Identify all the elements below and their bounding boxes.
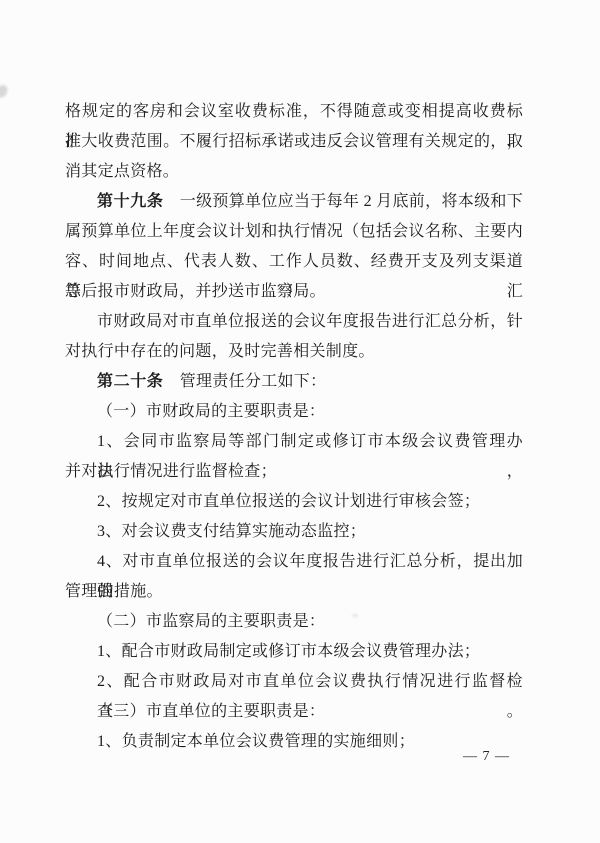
text-line: 1、会同市监察局等部门制定或修订市本级会议费管理办法， (65, 427, 523, 457)
text-line: 管理的措施。 (65, 577, 523, 607)
text-line: （一）市财政局的主要职责是： (65, 397, 523, 427)
article-number: 第十九条 (97, 193, 163, 210)
text-line: 3、对会议费支付结算实施动态监控； (65, 517, 523, 547)
article-number: 第二十条 (97, 373, 163, 390)
text-line: 2、按规定对市直单位报送的会议计划进行审核会签； (65, 487, 523, 517)
text-line: 4、对市直单位报送的会议年度报告进行汇总分析，提出加强 (65, 547, 523, 577)
document-body: 格规定的客房和会议室收费标准，不得随意或变相提高收费标准，扩大收费范围。不履行招… (65, 97, 523, 757)
text-line: 市财政局对市直单位报送的会议年度报告进行汇总分析，针 (65, 307, 523, 337)
text-line: 第十九条 一级预算单位应当于每年 2 月底前，将本级和下 (65, 187, 523, 217)
page-number: — 7 — (463, 749, 510, 765)
scan-smudge (0, 83, 10, 99)
text-line: 属预算单位上年度会议计划和执行情况（包括会议名称、主要内 (65, 217, 523, 247)
text-line: 第二十条 管理责任分工如下： (65, 367, 523, 397)
text-line: 1、负责制定本单位会议费管理的实施细则； (65, 727, 523, 757)
text-line: 1、配合市财政局制定或修订市本级会议费管理办法； (65, 637, 523, 667)
text-line: 扩大收费范围。不履行招标承诺或违反会议管理有关规定的，取 (65, 127, 523, 157)
text-line: 容、时间地点、代表人数、工作人员数、经费开支及列支渠道等）汇 (65, 247, 523, 277)
document-page: 格规定的客房和会议室收费标准，不得随意或变相提高收费标准，扩大收费范围。不履行招… (0, 0, 600, 843)
text-line: （二）市监察局的主要职责是： (65, 607, 523, 637)
text-line: 2、配合市财政局对市直单位会议费执行情况进行监督检查。 (65, 667, 523, 697)
text-line: 格规定的客房和会议室收费标准，不得随意或变相提高收费标准， (65, 97, 523, 127)
text-line: 消其定点资格。 (65, 157, 523, 187)
text-line: 对执行中存在的问题，及时完善相关制度。 (65, 337, 523, 367)
